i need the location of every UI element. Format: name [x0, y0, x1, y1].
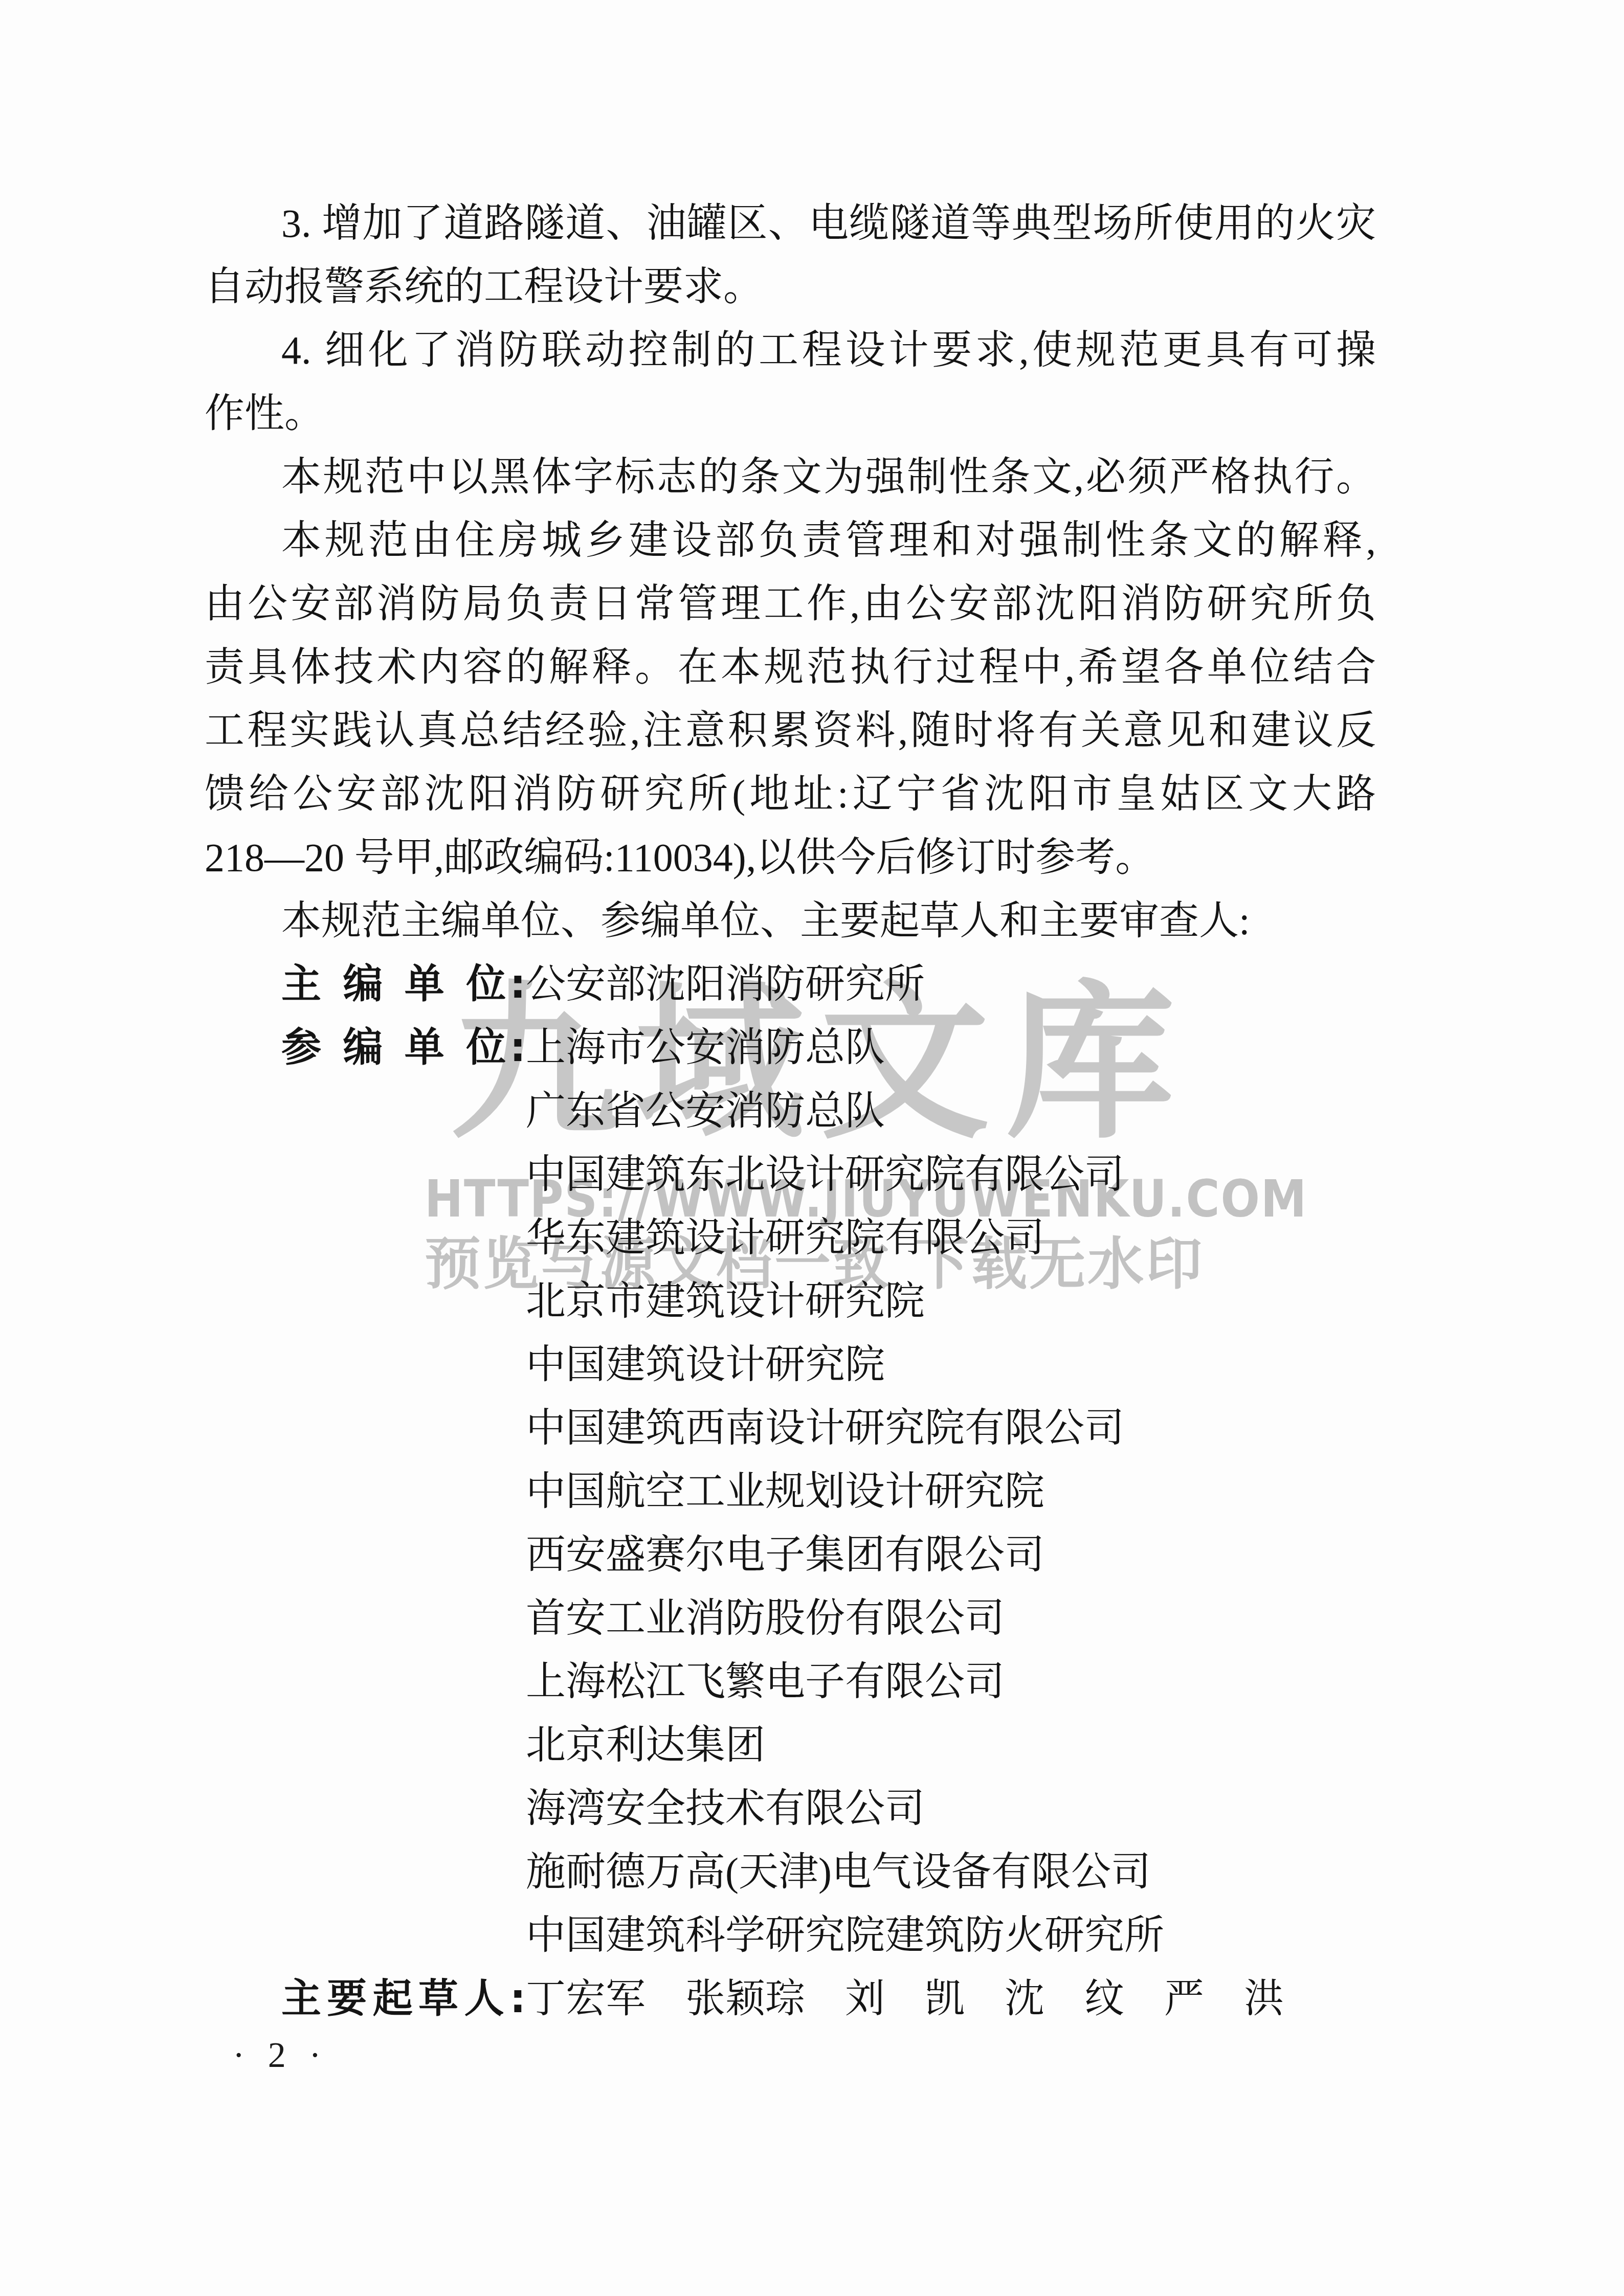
participant-unit-item: 首安工业消防股份有限公司	[526, 1587, 1376, 1650]
paragraph-line: 218—20 号甲,邮政编码:110034),以供今后修订时参考。	[205, 826, 1376, 889]
participant-unit-item: 上海市公安消防总队	[526, 1016, 885, 1079]
paragraph-line: 由公安部消防局负责日常管理工作,由公安部沈阳消防研究所负	[205, 572, 1376, 636]
paragraph-line: 4. 细化了消防联动控制的工程设计要求,使规范更具有可操	[205, 319, 1376, 382]
participant-units-row: 参 编 单 位:上海市公安消防总队	[205, 1016, 1376, 1079]
paragraph-line: 自动报警系统的工程设计要求。	[205, 255, 1376, 319]
drafters-row: 主要起草人:丁宏军 张颖琮 刘 凯 沈 纹 严 洪	[205, 1967, 1376, 2031]
participant-unit-item: 中国建筑西南设计研究院有限公司	[526, 1397, 1376, 1460]
participant-unit-item: 上海松江飞繁电子有限公司	[526, 1650, 1376, 1714]
participant-unit-item: 北京市建筑设计研究院	[526, 1270, 1376, 1333]
paragraph-line: 馈给公安部沈阳消防研究所(地址:辽宁省沈阳市皇姑区文大路	[205, 762, 1376, 826]
paragraph-line: 责具体技术内容的解释。在本规范执行过程中,希望各单位结合	[205, 636, 1376, 699]
page-number: · 2 ·	[233, 2035, 328, 2076]
body-text: 3. 增加了道路隧道、油罐区、电缆隧道等典型场所使用的火灾 自动报警系统的工程设…	[205, 192, 1376, 2031]
participant-unit-item: 海湾安全技术有限公司	[526, 1777, 1376, 1840]
paragraph-line: 本规范由住房城乡建设部负责管理和对强制性条文的解释,	[205, 509, 1376, 572]
chief-editor-value: 公安部沈阳消防研究所	[526, 953, 925, 1016]
participant-unit-item: 施耐德万高(天津)电气设备有限公司	[526, 1840, 1376, 1904]
participant-unit-item: 中国建筑东北设计研究院有限公司	[526, 1143, 1376, 1206]
document-page: 九域文库 HTTPS://WWW.JIUYUWENKU.COM 预览与源文档一致…	[0, 0, 1624, 2296]
participant-unit-item: 北京利达集团	[526, 1714, 1376, 1777]
participant-unit-item: 西安盛赛尔电子集团有限公司	[526, 1523, 1376, 1587]
participant-units-list: 广东省公安消防总队 中国建筑东北设计研究院有限公司 华东建筑设计研究院有限公司 …	[205, 1079, 1376, 1967]
participant-unit-item: 中国建筑科学研究院建筑防火研究所	[526, 1904, 1376, 1967]
drafters-names: 丁宏军 张颖琮 刘 凯 沈 纹 严 洪	[526, 1967, 1284, 2031]
paragraph-line: 工程实践认真总结经验,注意积累资料,随时将有关意见和建议反	[205, 699, 1376, 762]
chief-editor-label: 主 编 单 位:	[281, 953, 526, 1016]
paragraph-line: 3. 增加了道路隧道、油罐区、电缆隧道等典型场所使用的火灾	[205, 192, 1376, 255]
paragraph-line: 作性。	[205, 382, 1376, 445]
participant-unit-item: 中国建筑设计研究院	[526, 1333, 1376, 1397]
chief-editor-row: 主 编 单 位:公安部沈阳消防研究所	[205, 953, 1376, 1016]
participant-units-label: 参 编 单 位:	[281, 1016, 526, 1079]
participant-unit-item: 华东建筑设计研究院有限公司	[526, 1206, 1376, 1270]
participant-unit-item: 广东省公安消防总队	[526, 1079, 1376, 1143]
paragraph-line: 本规范主编单位、参编单位、主要起草人和主要审查人:	[205, 889, 1376, 953]
drafters-label: 主要起草人:	[281, 1967, 526, 2031]
participant-unit-item: 中国航空工业规划设计研究院	[526, 1460, 1376, 1523]
paragraph-line: 本规范中以黑体字标志的条文为强制性条文,必须严格执行。	[205, 445, 1376, 509]
